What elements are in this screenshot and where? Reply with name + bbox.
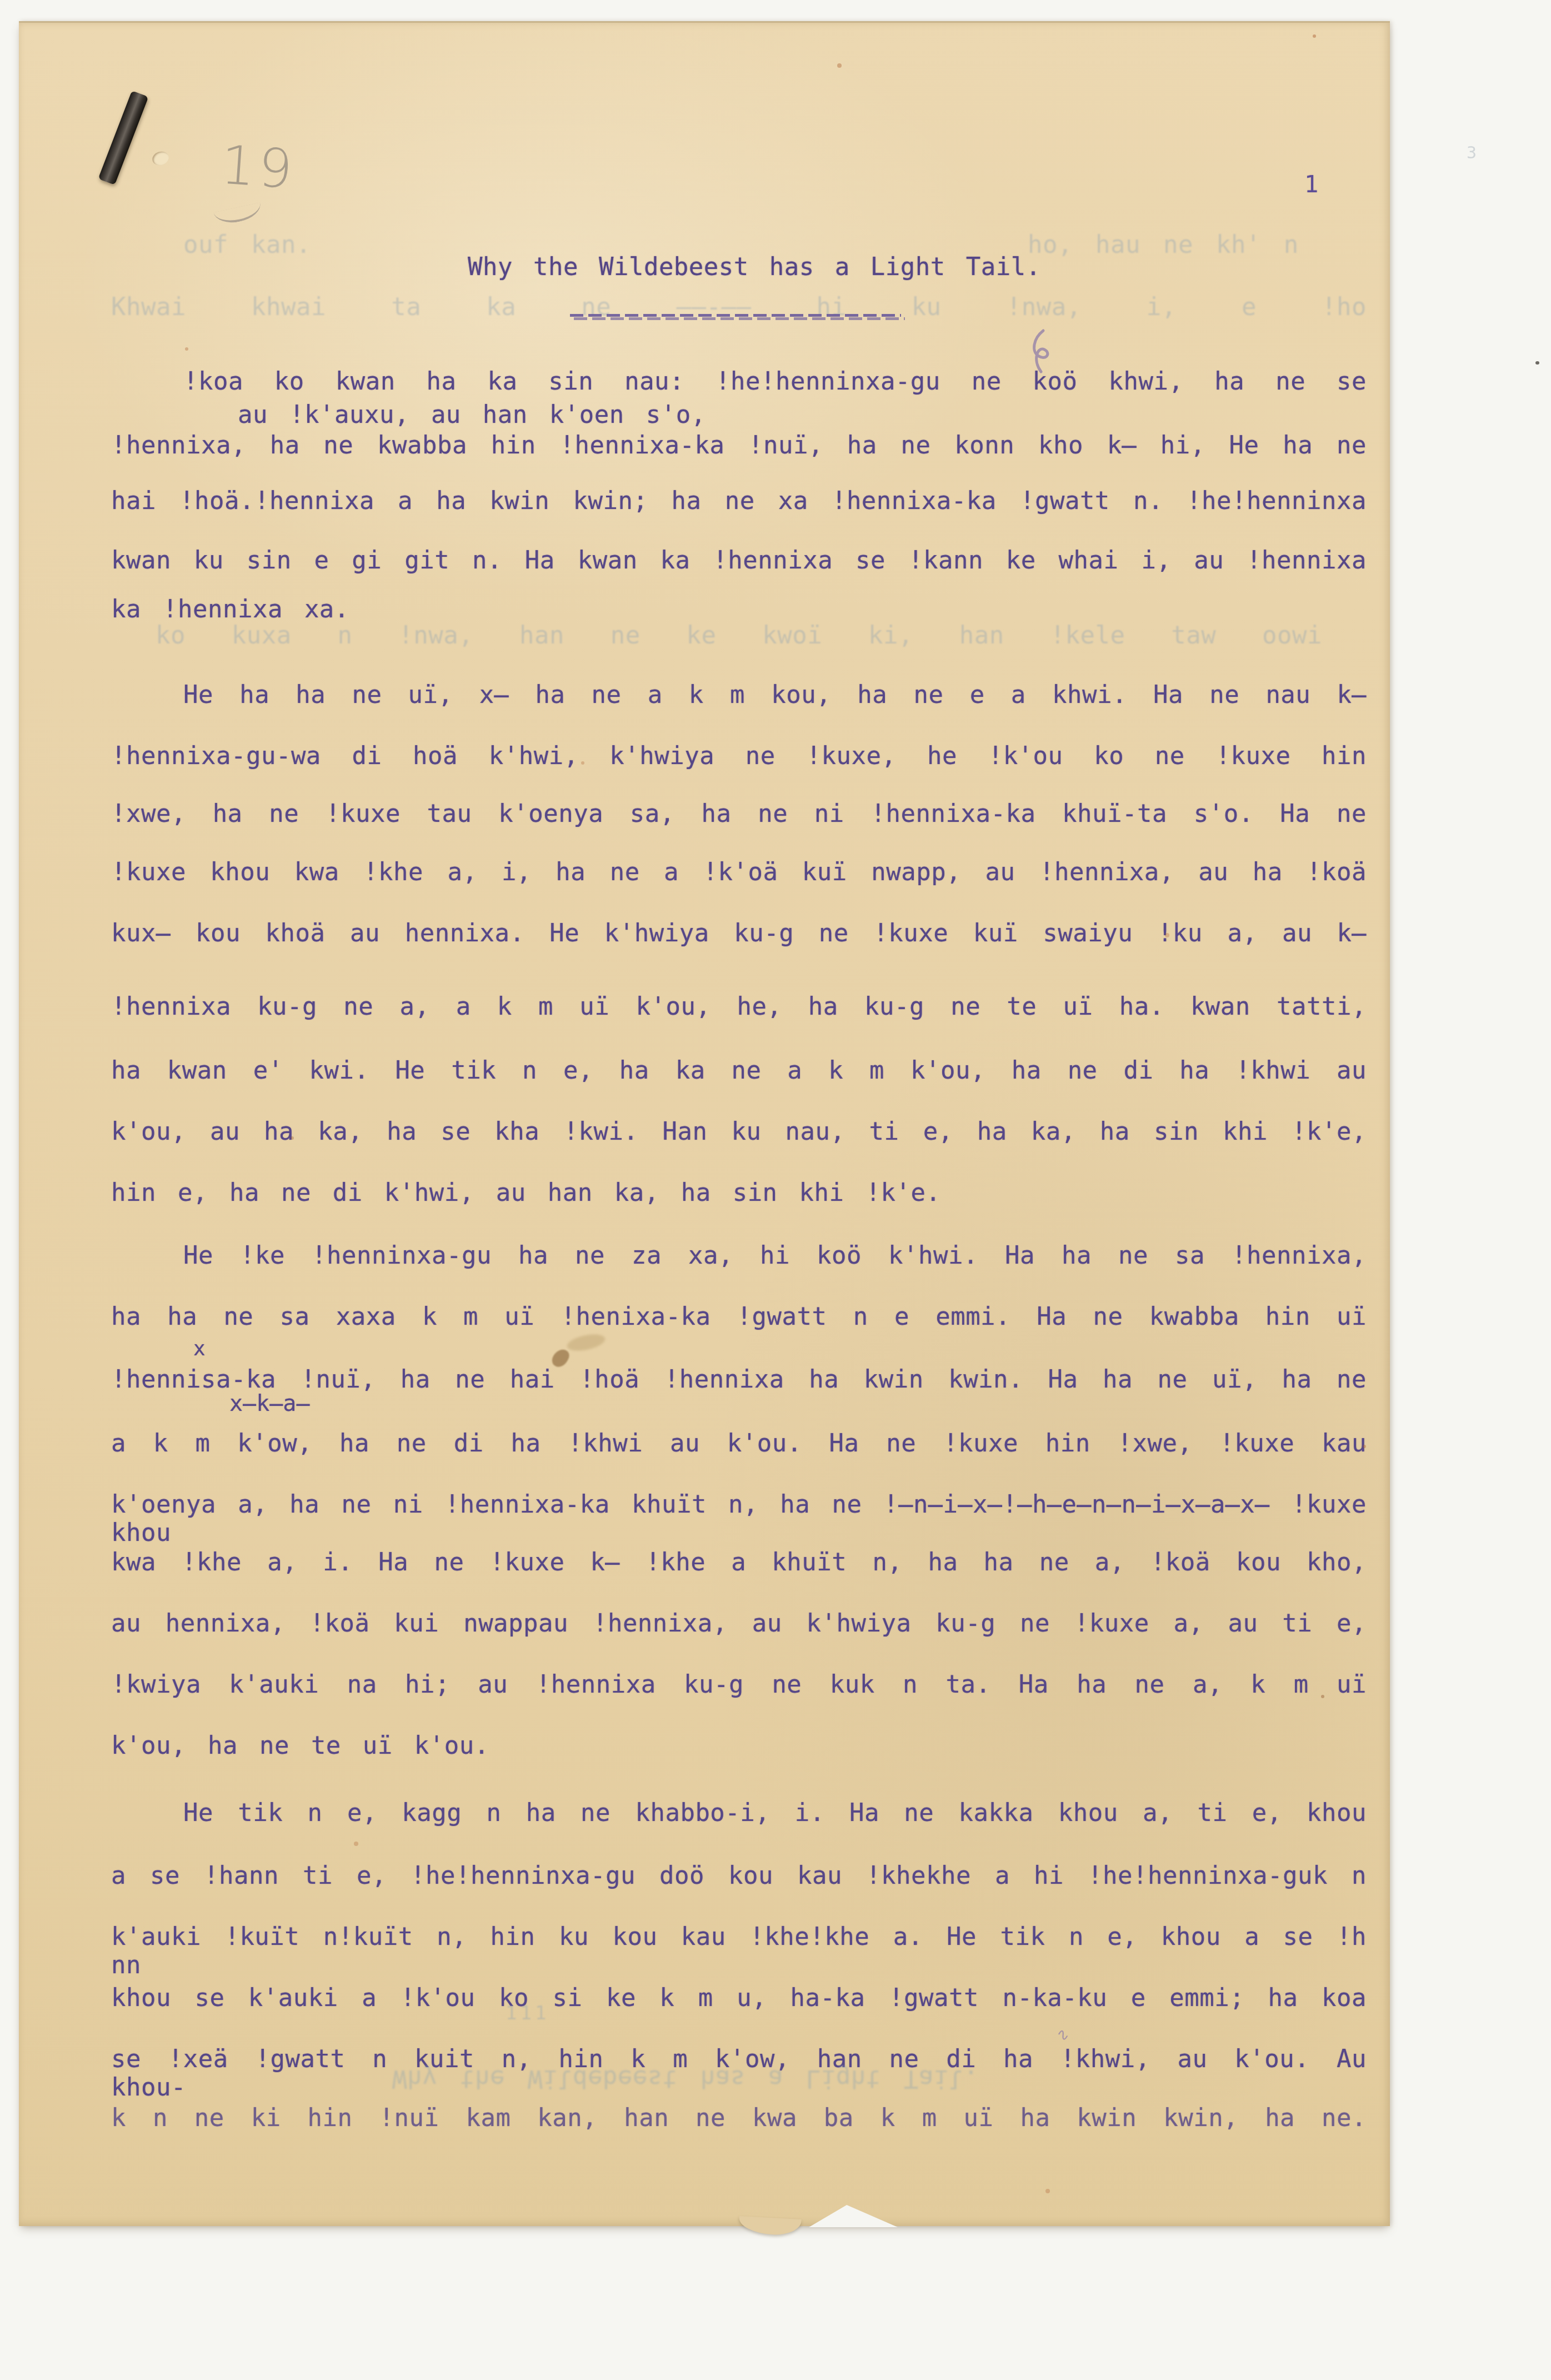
ink-smear: [566, 1331, 607, 1354]
typescript-line: a se !hann ti e, !he!henninxa-gu doö kou…: [111, 1862, 1367, 1890]
typescript-line: k'ou, ha ne te uï k'ou.: [111, 1732, 1367, 1760]
paper-edge-tab: [738, 2216, 801, 2236]
typescript-page: 19 1 ouf kan. ho, hau ne kh' n Why the W…: [19, 21, 1390, 2226]
folio-underline-stroke: [213, 202, 263, 226]
scanned-document-canvas: 3 19 1 ouf kan. ho, hau ne kh' n Why the…: [0, 0, 1551, 2380]
typescript-line: k'ou, au ha ka, ha se kha !kwi. Han ku n…: [111, 1117, 1367, 1146]
ghost-flipped-title: Why the Wildebeest has a Light Tail.: [392, 2064, 1081, 2093]
paper-edge-notch: [803, 2205, 898, 2227]
background-ghost-numeral: 3: [1467, 143, 1477, 163]
typescript-line: k'auki !kuït n!kuït n, hin ku kou kau !k…: [111, 1923, 1367, 1979]
struck-dash-line: [570, 314, 901, 322]
typescript-line: kwan ku sin e gi git n. Ha kwan ka !henn…: [111, 546, 1367, 575]
pencil-mark: ∿: [1054, 2024, 1072, 2045]
typescript-line: He tik n e, kagg n ha ne khabbo-i, i. Ha…: [111, 1799, 1367, 1827]
handwritten-folio-number: 19: [219, 133, 298, 201]
typescript-line: ha ha ne sa xaxa k m uï !henixa-ka !gwat…: [111, 1303, 1367, 1331]
ghost-text-fragment: ho, hau ne kh' n: [1028, 231, 1299, 259]
typescript-line: k n ne ki hin !nuï kam kan, han ne kwa b…: [111, 2104, 1367, 2132]
staple: [98, 91, 149, 185]
typescript-line: !hennisa-ka !nuï, ha ne hai !hoä !hennix…: [111, 1365, 1367, 1394]
typescript-line: khou se k'auki a !k'ou ko si ke k m u, h…: [111, 1984, 1367, 2012]
inserted-correction-letter: x: [193, 1338, 206, 1360]
typescript-line: He ha ha ne uï, x̶ ha ne a k m kou, ha n…: [111, 681, 1367, 709]
typescript-line: !hennixa, ha ne kwabba hin !hennixa-ka !…: [111, 431, 1367, 460]
typescript-line: !hennixa ku-g ne a, a k m uï k'ou, he, h…: [111, 992, 1367, 1021]
typescript-line: !kuxe khou kwa !khe a, i, ha ne a !k'oä …: [111, 858, 1367, 886]
ghost-pencil-marks: 111: [506, 2002, 549, 2024]
paper-specks: [19, 23, 21, 25]
typescript-line: !koa ko kwan ha ka sin nau: !he!henninxa…: [111, 367, 1367, 396]
typescript-line: kux̶ kou khoä au hennixa. He k'hwiya ku-…: [111, 919, 1367, 947]
document-title: Why the Wildebeest has a Light Tail.: [468, 253, 1041, 281]
typescript-line: !kwiya k'auki na hi; au !hennixa ku-g ne…: [111, 1670, 1367, 1699]
typescript-line: ha kwan e' kwi. He tik n e, ha ka ne a k…: [111, 1056, 1367, 1085]
typescript-line: a k m k'ow, ha ne di ha !khwi au k'ou. H…: [111, 1429, 1367, 1458]
scanner-speck: [1535, 361, 1539, 365]
struck-correction-word: x̶k̶a̶: [229, 1391, 310, 1416]
typescript-line: au hennixa, !koä kui nwappau !hennixa, a…: [111, 1609, 1367, 1638]
typescript-line: hin e, ha ne di k'hwi, au han ka, ha sin…: [111, 1179, 1367, 1207]
ghost-text-fragment: ouf kan.: [183, 231, 311, 259]
typescript-line: hai !hoä.!hennixa a ha kwin kwin; ha ne …: [111, 487, 1367, 515]
typescript-line: He !ke !henninxa-gu ha ne za xa, hi koö …: [111, 1241, 1367, 1270]
ghost-text-line: ko kuxa n !nwa, han ne ke kwoï ki, han !…: [156, 621, 1322, 650]
staple-tear-hole: [151, 149, 171, 167]
typescript-line: au !k'auxu, au han k'oen s'o,: [111, 401, 1367, 429]
typescript-line: kwa !khe a, i. Ha ne !kuxe k̶ !khe a khu…: [111, 1548, 1367, 1576]
typescript-line: !hennixa-gu-wa di hoä k'hwi, k'hwiya ne …: [111, 742, 1367, 770]
page-number: 1: [1304, 171, 1318, 198]
typescript-line: ka !hennixa xa.: [111, 595, 1367, 623]
typescript-line: !xwe, ha ne !kuxe tau k'oenya sa, ha ne …: [111, 800, 1367, 828]
typescript-line: k'oenya a, ha ne ni !hennixa-ka khuït n,…: [111, 1490, 1367, 1547]
